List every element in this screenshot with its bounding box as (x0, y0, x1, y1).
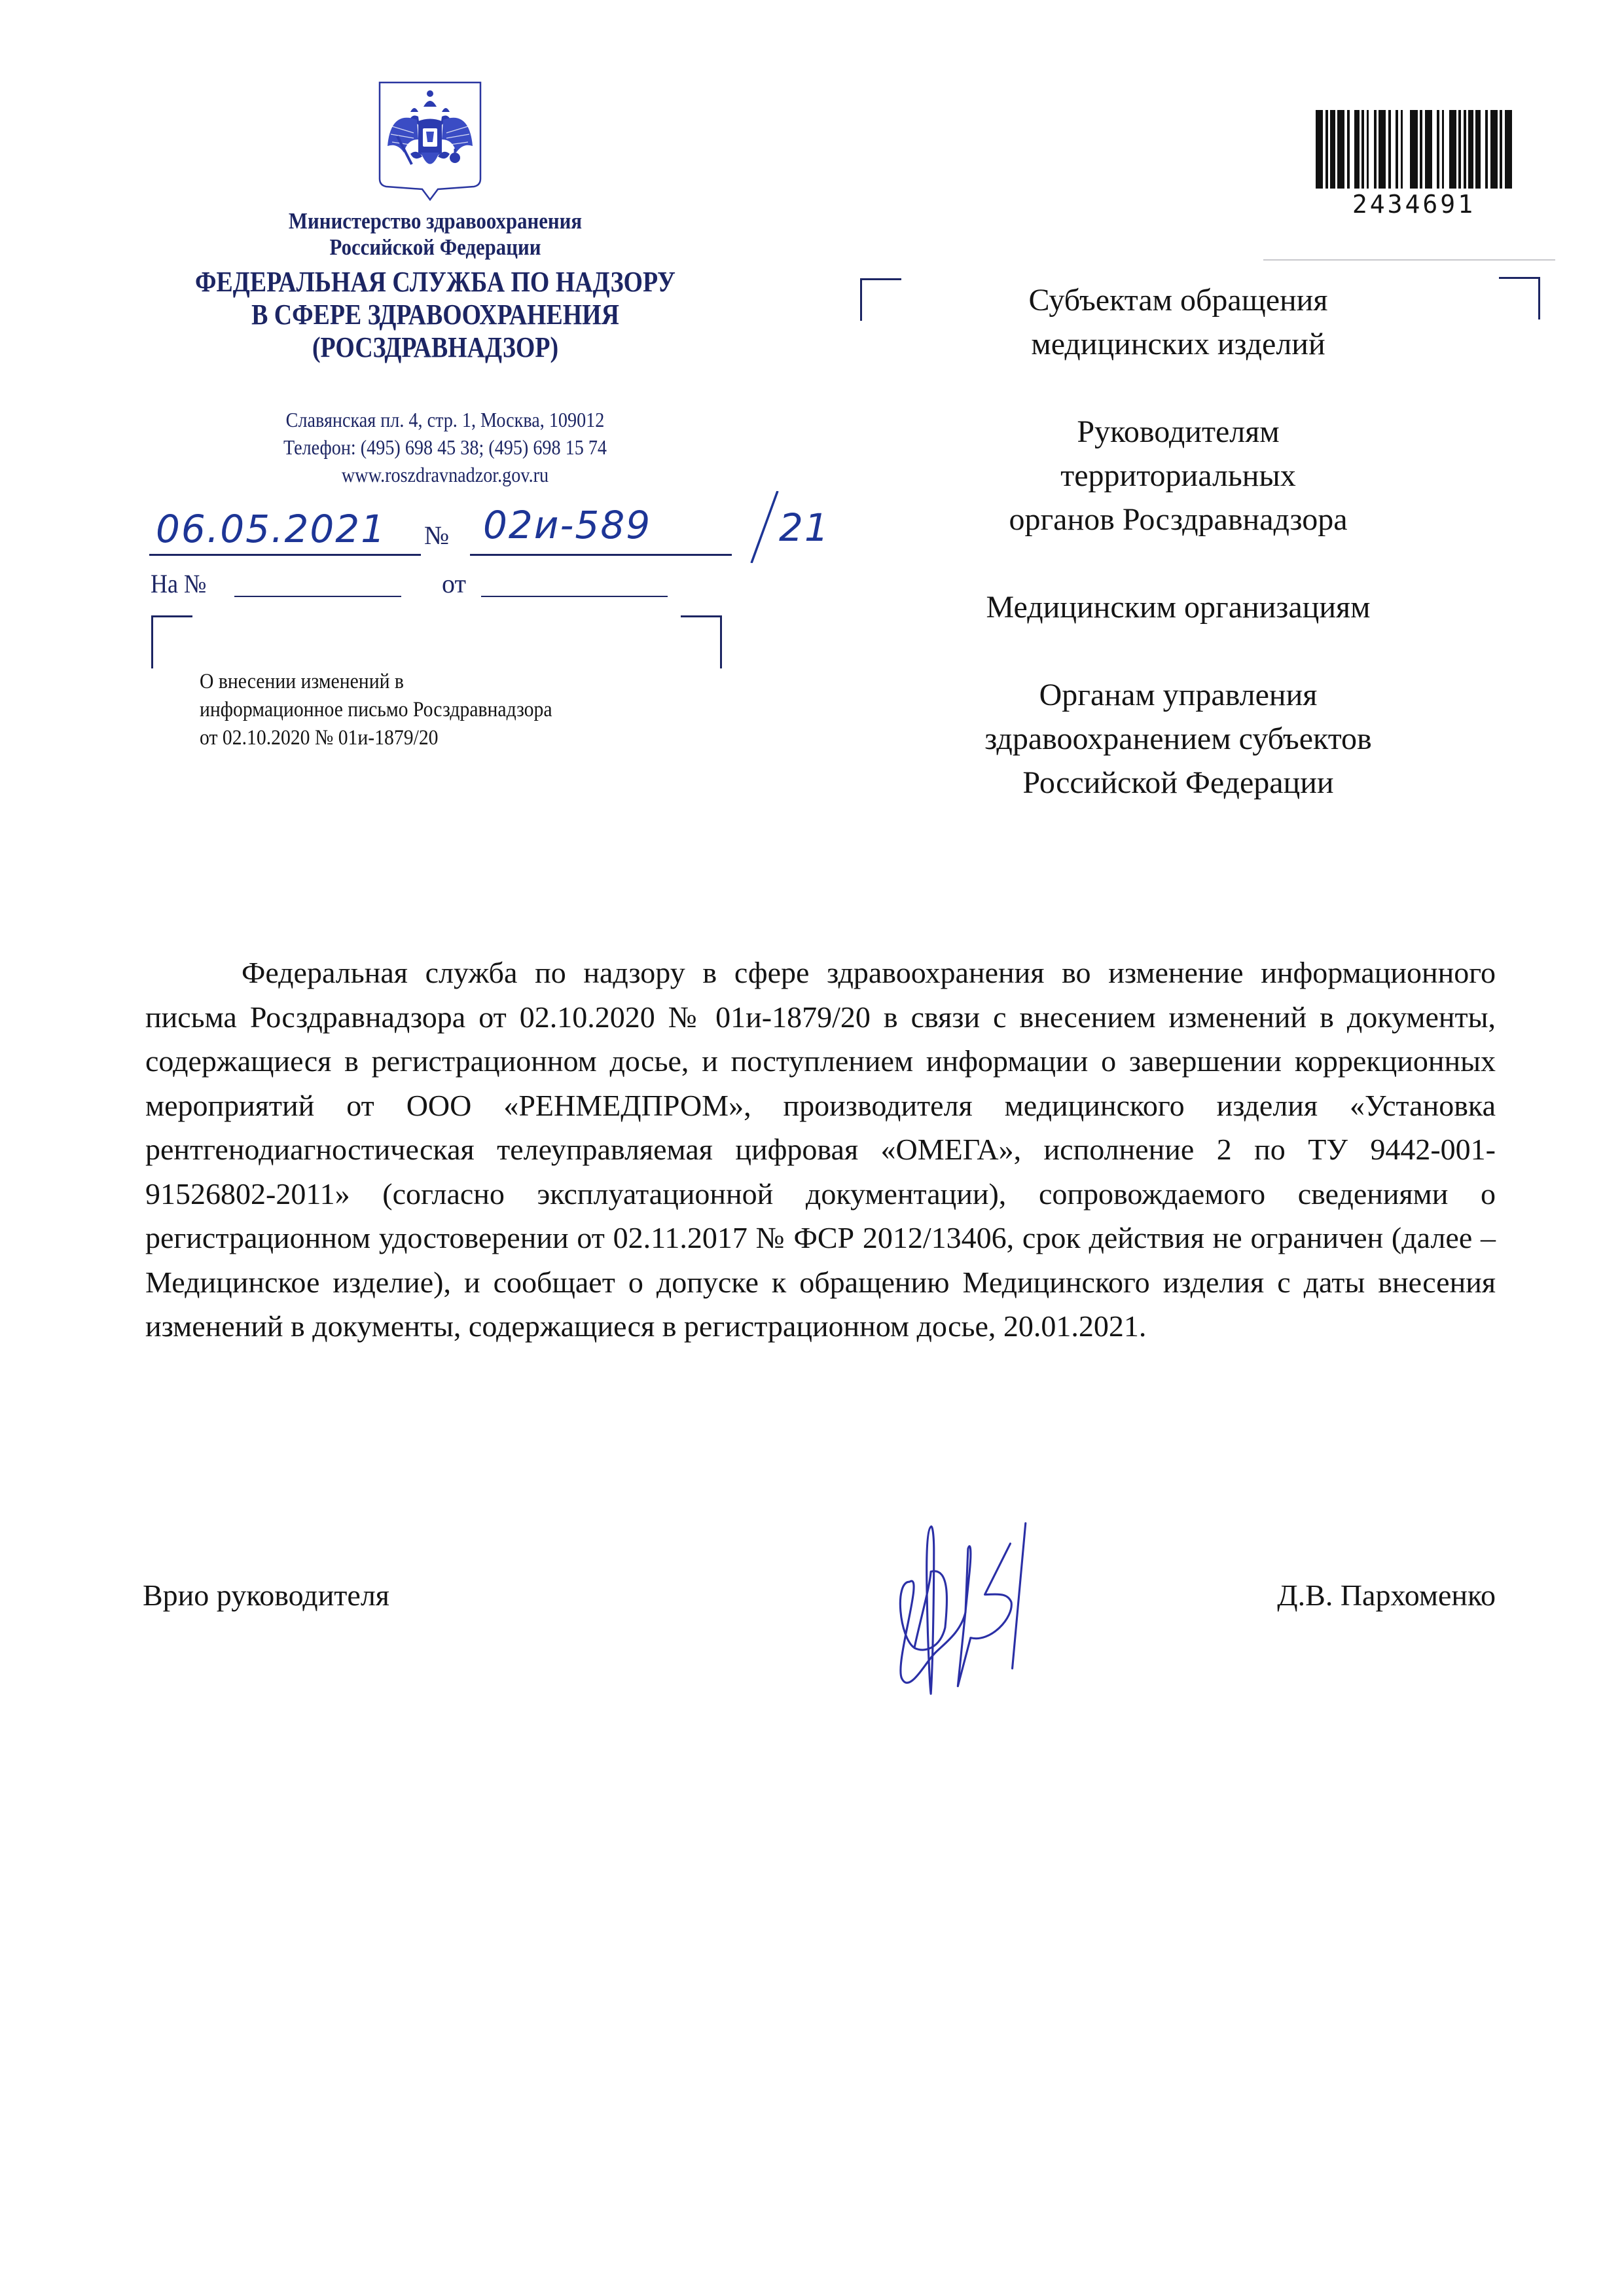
recipient-health-authorities: Органам управления здравоохранением субъ… (890, 673, 1466, 805)
recipient-medical-organizations: Медицинским организациям (890, 585, 1466, 629)
barcode-bar (1475, 110, 1480, 189)
letter-subject: О внесении изменений в информационное пи… (200, 668, 736, 752)
recipient-line: медицинских изделий (890, 322, 1466, 366)
signatory-position: Врио руководителя (143, 1578, 389, 1613)
recipient-line: Российской Федерации (890, 761, 1466, 805)
recipient-line: территориальных (890, 454, 1466, 498)
registration-number: 02и-589 (483, 503, 651, 547)
barcode-bar (1369, 110, 1373, 189)
barcode-icon (1316, 110, 1512, 198)
registration-date: 06.05.2021 (156, 507, 386, 551)
reply-date-label: от (442, 568, 466, 599)
recipient-territorial-heads: Руководителям территориальных органов Ро… (890, 410, 1466, 541)
subject-line: информационное письмо Росздравнадзора (200, 696, 683, 724)
barcode-bar (1432, 110, 1437, 189)
barcode-bar (1410, 110, 1417, 189)
subject-bracket-right (681, 615, 722, 668)
service-name-line-1: ФЕДЕРАЛЬНАЯ СЛУЖБА ПО НАДЗОРУ (162, 266, 708, 299)
signatory-name: Д.В. Пархоменко (1277, 1578, 1496, 1613)
barcode-bar (1449, 110, 1456, 189)
reply-reference-row: На № от (151, 563, 740, 602)
barcode-bar (1391, 110, 1396, 189)
divider (1263, 259, 1555, 261)
barcode-bar (1330, 110, 1335, 189)
letterhead-block: Министерство здравоохранения Российской … (118, 208, 753, 364)
coat-of-arms-icon (378, 81, 482, 202)
barcode-bar (1481, 110, 1485, 189)
recipient-line: Медицинским организациям (890, 585, 1466, 629)
subject-bracket-left (151, 615, 192, 668)
barcode-bar (1350, 110, 1354, 189)
subject-line: О внесении изменений в (200, 668, 683, 696)
number-underline (470, 554, 732, 556)
barcode-number: 2434691 (1316, 190, 1512, 219)
registration-number-suffix: 21 (738, 498, 850, 563)
reply-date-field[interactable] (481, 596, 668, 597)
barcode-bar (1403, 110, 1410, 189)
recipient-line: Руководителям (890, 410, 1466, 454)
letter-body: Федеральная служба по надзору в сфере зд… (145, 951, 1496, 1349)
recipient-line: Органам управления (890, 673, 1466, 717)
reply-number-label: На № (151, 568, 206, 599)
recipient-line: здравоохранением субъектов (890, 717, 1466, 761)
barcode-bar (1444, 110, 1449, 189)
ministry-name-line-1: Министерство здравоохранения (156, 208, 715, 234)
recipient-line: органов Росздравнадзора (890, 498, 1466, 541)
phone: Телефон: (495) 698 45 38; (495) 698 15 7… (186, 433, 704, 461)
website-link[interactable]: www.roszdravnadzor.gov.ru (186, 461, 704, 488)
recipient-subjects-of-circulation: Субъектам обращения медицинских изделий (890, 278, 1466, 366)
address: Славянская пл. 4, стр. 1, Москва, 109012 (186, 406, 704, 433)
number-year-suffix: 21 (779, 505, 830, 550)
subject-line: от 02.10.2020 № 01и-1879/20 (200, 724, 683, 752)
service-name-line-2: В СФЕРЕ ЗДРАВООХРАНЕНИЯ (162, 299, 708, 331)
contact-block: Славянская пл. 4, стр. 1, Москва, 109012… (151, 406, 740, 488)
recipients-block: Субъектам обращения медицинских изделий … (890, 278, 1466, 805)
barcode-bar (1337, 110, 1344, 189)
registration-row: 06.05.2021 № 02и-589 21 (149, 498, 837, 563)
recipient-line: Субъектам обращения (890, 278, 1466, 322)
service-name-line-3: (РОСЗДРАВНАДЗОР) (162, 331, 708, 364)
barcode-bar (1379, 110, 1386, 189)
handwritten-signature-icon (874, 1493, 1057, 1722)
barcode-bar (1505, 110, 1512, 189)
recipient-bracket-right (1499, 277, 1540, 319)
barcode-bar (1468, 110, 1473, 189)
ministry-name-line-2: Российской Федерации (156, 234, 715, 261)
number-sign: № (424, 520, 449, 551)
barcode-bar (1354, 110, 1359, 189)
date-underline (149, 554, 421, 556)
barcode-bar (1316, 110, 1323, 189)
barcode-bar (1490, 110, 1498, 189)
reply-number-field[interactable] (234, 596, 401, 597)
barcode-bar (1425, 110, 1432, 189)
